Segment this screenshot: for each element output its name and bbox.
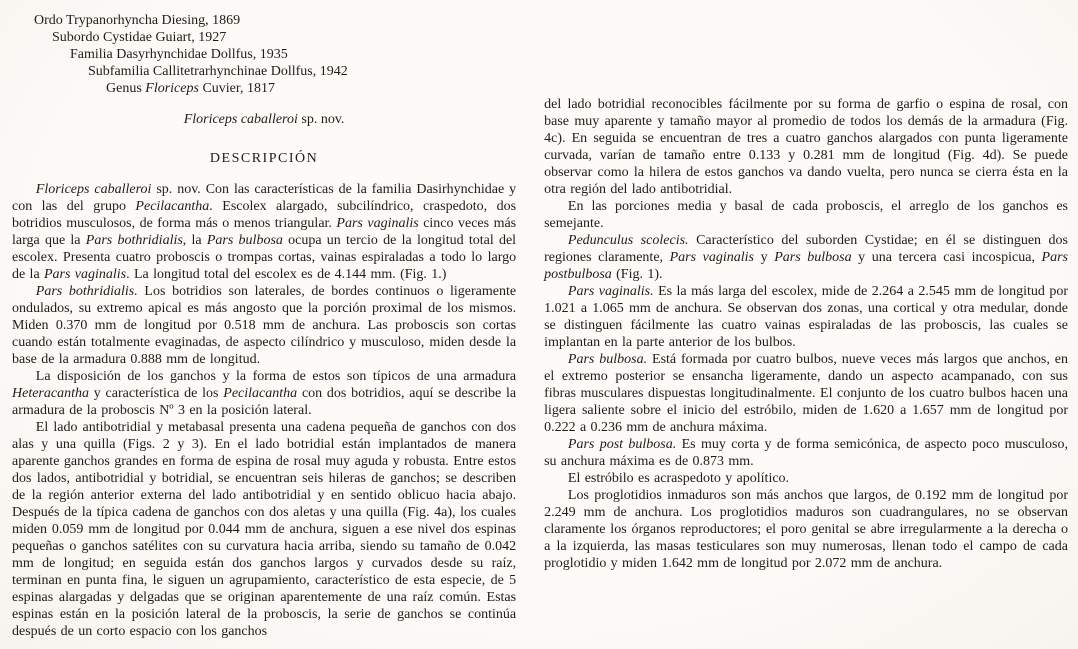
paragraph-pedunculus-scolecis: Pedunculus scolecis. Característico del …	[544, 232, 1068, 283]
scanned-paper-page: Ordo Trypanorhyncha Diesing, 1869 Subord…	[0, 0, 1078, 649]
taxonomy-line-subordo: Subordo Cystidae Guiart, 1927	[52, 29, 516, 46]
paragraph-pars-bothridialis: Pars bothridialis. Los botridios son lat…	[12, 283, 516, 368]
section-heading: DESCRIPCIÓN	[12, 150, 516, 167]
paragraph-diagnosis: Floriceps caballeroi sp. nov. Con las ca…	[12, 181, 516, 283]
paragraph-proglotidios: Los proglotidios inmaduros son más ancho…	[544, 487, 1068, 572]
taxonomy-line-ordo: Ordo Trypanorhyncha Diesing, 1869	[34, 12, 516, 29]
paragraph-lado-botridial-cont: del lado botridial reconocibles fácilmen…	[544, 96, 1068, 198]
taxonomy-list: Ordo Trypanorhyncha Diesing, 1869 Subord…	[34, 12, 516, 97]
paragraph-estrobilo: El estróbilo es acraspedoto y apolítico.	[544, 470, 1068, 487]
taxonomy-line-familia: Familia Dasyrhynchidae Dollfus, 1935	[70, 46, 516, 63]
left-column: Ordo Trypanorhyncha Diesing, 1869 Subord…	[12, 8, 516, 643]
paragraph-pars-vaginalis: Pars vaginalis. Es la más larga del esco…	[544, 283, 1068, 351]
paragraph-pars-post-bulbosa: Pars post bulbosa. Es muy corta y de for…	[544, 436, 1068, 470]
taxonomy-line-subfamilia: Subfamilia Callitetrarhynchinae Dollfus,…	[88, 63, 516, 80]
right-column: del lado botridial reconocibles fácilmen…	[544, 8, 1068, 643]
paragraph-pars-bulbosa: Pars bulbosa. Está formada por cuatro bu…	[544, 351, 1068, 436]
paragraph-armadura: La disposición de los ganchos y la forma…	[12, 368, 516, 419]
paragraph-porciones-media-basal: En las porciones media y basal de cada p…	[544, 198, 1068, 232]
paragraph-lado-antibotridial: El lado antibotridial y metabasal presen…	[12, 419, 516, 640]
taxonomy-line-genus: Genus Floriceps Cuvier, 1817	[106, 80, 516, 97]
species-title: Floriceps caballeroi sp. nov.	[12, 111, 516, 128]
